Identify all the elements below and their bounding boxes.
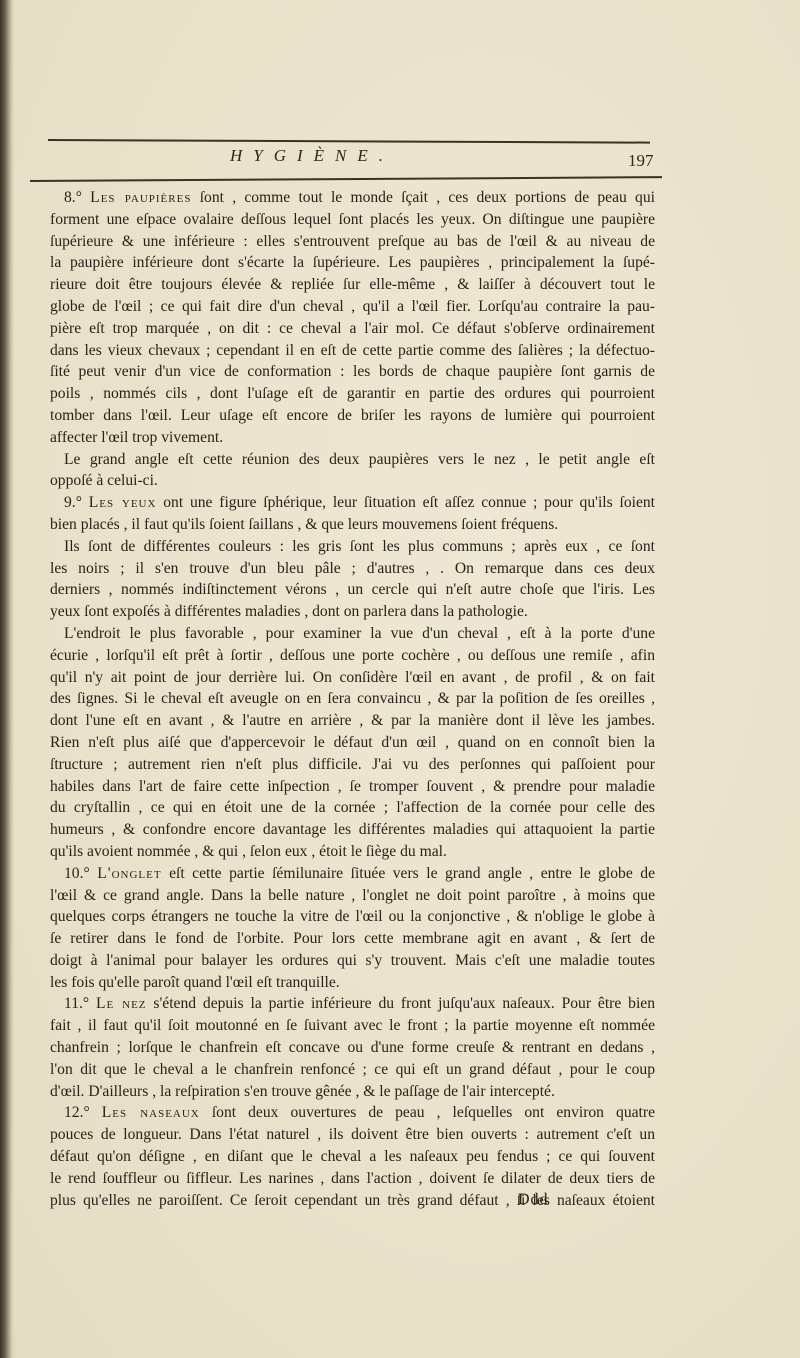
text-line: derniers , nommés indiſtinctement vérons… [50,579,655,601]
text-line: 10.° L'onglet eſt cette partie ſémilunai… [50,863,655,885]
book-page: HYGIÈNE. 197 8.° Les paupières ſont , co… [0,0,800,1358]
line-text: Ils ſont de différentes couleurs : les g… [64,538,655,555]
text-line: yeux ſont expoſés à différentes maladies… [50,601,655,623]
text-line: chanfrein ; lorſque le chanfrein eſt con… [50,1037,655,1059]
text-line: ſe retirer dans le fond de l'orbite. Pou… [50,928,655,950]
running-head-title: HYGIÈNE. [230,146,394,166]
line-text: d'œil. D'ailleurs , la reſpiration s'en … [50,1083,555,1100]
text-line: les fois qu'elle paroît quand l'œil eſt … [50,972,655,994]
text-line: d'œil. D'ailleurs , la reſpiration s'en … [50,1081,655,1103]
section-heading: L'onglet [97,865,161,882]
line-text: écurie , lorſqu'il eſt prêt à ſortir , d… [50,647,655,664]
header-rule-bottom [30,176,662,182]
line-text: plus qu'elles ne paroiſſent. Ce ſeroit c… [50,1192,655,1209]
text-line: plus qu'elles ne paroiſſent. Ce ſeroit c… [50,1190,655,1212]
text-line: pière eſt trop marquée , on dit : ce che… [50,318,655,340]
section-number: 9.° [64,494,89,511]
line-text: tomber dans l'œil. Leur uſage eſt encore… [50,407,655,424]
line-text: oppoſé à celui-ci. [50,472,158,489]
text-line: forment une eſpace ovalaire deſſous lequ… [50,209,655,231]
text-line: pouces de longueur. Dans l'état naturel … [50,1124,655,1146]
line-text: doigt à l'animal pour balayer les ordure… [50,952,655,969]
text-line: L'endroit le plus favorable , pour exami… [50,623,655,645]
line-text: dont l'une eſt en avant , & l'autre en a… [50,712,655,729]
line-text: quelques corps étrangers ne touche la vi… [50,908,655,925]
text-line: les noirs ; il s'en trouve d'un bleu pâl… [50,558,655,580]
text-line: poils , nommés cils , dont l'uſage eſt d… [50,383,655,405]
text-line: Le grand angle eſt cette réunion des deu… [50,449,655,471]
body-text: 8.° Les paupières ſont , comme tout le m… [50,187,655,1211]
text-line: globe de l'œil ; ce qui fait dire d'un c… [50,296,655,318]
line-text: pouces de longueur. Dans l'état naturel … [50,1126,655,1143]
text-line: qu'ils avoient nommée , & qui , ſelon eu… [50,841,655,863]
text-line: des ſignes. Si le cheval eſt aveugle on … [50,688,655,710]
line-text: poils , nommés cils , dont l'uſage eſt d… [50,385,655,402]
line-text: ſont , comme tout le monde ſçait , ces d… [191,189,655,206]
text-line: 9.° Les yeux ont une figure ſphérique, l… [50,492,655,514]
line-text: eſt cette partie ſémilunaire ſituée vers… [162,865,655,882]
line-text: s'étend depuis la partie inférieure du f… [147,995,655,1012]
line-text: Rien n'eſt plus aiſé que d'appercevoir l… [50,734,655,751]
header-rule-top [48,139,650,144]
text-line: bien placés , il faut qu'ils ſoient ſail… [50,514,655,536]
line-text: pière eſt trop marquée , on dit : ce che… [50,320,655,337]
line-text: dans les vieux chevaux ; cependant il en… [50,342,655,359]
text-line: l'on dit que le cheval a le chanfrein re… [50,1059,655,1081]
line-text: le rend ſouffleur ou ſiffleur. Les narin… [50,1170,655,1187]
section-number: 8.° [64,189,90,206]
signature-mark: Ddd [518,1191,549,1209]
text-line: doigt à l'animal pour balayer les ordure… [50,950,655,972]
section-number: 12.° [64,1104,102,1121]
line-text: des ſignes. Si le cheval eſt aveugle on … [50,690,655,707]
text-line: écurie , lorſqu'il eſt prêt à ſortir , d… [50,645,655,667]
line-text: yeux ſont expoſés à différentes maladies… [50,603,528,620]
text-line: humeurs , & confondre encore davantage l… [50,819,655,841]
text-line: 12.° Les naseaux ſont deux ouvertures de… [50,1102,655,1124]
text-line: l'œil & ce grand angle. Dans la belle na… [50,885,655,907]
text-line: tomber dans l'œil. Leur uſage eſt encore… [50,405,655,427]
line-text: ont une figure ſphérique, leur ſituation… [156,494,655,511]
text-line: dont l'une eſt en avant , & l'autre en a… [50,710,655,732]
text-line: la paupière inférieure dont s'écarte la … [50,252,655,274]
section-heading: Le nez [96,995,147,1012]
line-text: l'œil & ce grand angle. Dans la belle na… [50,887,655,904]
line-text: humeurs , & confondre encore davantage l… [50,821,655,838]
line-text: ſtructure ; autrement rien n'eſt plus di… [50,756,655,773]
line-text: globe de l'œil ; ce qui fait dire d'un c… [50,298,655,315]
line-text: ſupérieure & une inférieure : elles s'en… [50,233,655,250]
text-line: dans les vieux chevaux ; cependant il en… [50,340,655,362]
line-text: défaut qu'on déſigne , en diſant que le … [50,1148,655,1165]
text-line: oppoſé à celui-ci. [50,470,655,492]
line-text: habiles dans l'art de faire cette inſpec… [50,778,655,795]
text-line: ſupérieure & une inférieure : elles s'en… [50,231,655,253]
line-text: derniers , nommés indiſtinctement vérons… [50,581,655,598]
text-line: habiles dans l'art de faire cette inſpec… [50,776,655,798]
line-text: du cryſtallin , ce qui en étoit une de l… [50,799,655,816]
line-text: ſité peut venir d'un vice de conformatio… [50,363,655,380]
line-text: forment une eſpace ovalaire deſſous lequ… [50,211,655,228]
text-line: le rend ſouffleur ou ſiffleur. Les narin… [50,1168,655,1190]
line-text: qu'il n'y ait point de jour derrière lui… [50,669,655,686]
text-line: fait , il faut qu'il ſoit moutonné en ſe… [50,1015,655,1037]
page-number: 197 [628,151,654,171]
line-text: ſe retirer dans le fond de l'orbite. Pou… [50,930,655,947]
line-text: rieure doit être toujours élevée & repli… [50,276,655,293]
section-heading: Les paupières [90,189,191,206]
text-line: qu'il n'y ait point de jour derrière lui… [50,667,655,689]
text-line: affecter l'œil trop vivement. [50,427,655,449]
text-line: défaut qu'on déſigne , en diſant que le … [50,1146,655,1168]
line-text: bien placés , il faut qu'ils ſoient ſail… [50,516,558,533]
text-line: ſtructure ; autrement rien n'eſt plus di… [50,754,655,776]
line-text: les noirs ; il s'en trouve d'un bleu pâl… [50,560,655,577]
text-line: 11.° Le nez s'étend depuis la partie inf… [50,993,655,1015]
line-text: ſont deux ouvertures de peau , leſquelle… [200,1104,655,1121]
text-line: quelques corps étrangers ne touche la vi… [50,906,655,928]
section-number: 11.° [64,995,96,1012]
line-text: fait , il faut qu'il ſoit moutonné en ſe… [50,1017,655,1034]
line-text: l'on dit que le cheval a le chanfrein re… [50,1061,655,1078]
text-line: ſité peut venir d'un vice de conformatio… [50,361,655,383]
line-text: Le grand angle eſt cette réunion des deu… [64,451,655,468]
book-spine-shadow [0,0,14,1358]
section-number: 10.° [64,865,97,882]
line-text: les fois qu'elle paroît quand l'œil eſt … [50,974,340,991]
text-line: du cryſtallin , ce qui en étoit une de l… [50,797,655,819]
line-text: la paupière inférieure dont s'écarte la … [50,254,655,271]
line-text: L'endroit le plus favorable , pour exami… [64,625,655,642]
text-line: Rien n'eſt plus aiſé que d'appercevoir l… [50,732,655,754]
line-text: qu'ils avoient nommée , & qui , ſelon eu… [50,843,447,860]
text-line: Ils ſont de différentes couleurs : les g… [50,536,655,558]
text-line: 8.° Les paupières ſont , comme tout le m… [50,187,655,209]
line-text: chanfrein ; lorſque le chanfrein eſt con… [50,1039,655,1056]
line-text: affecter l'œil trop vivement. [50,429,223,446]
section-heading: Les yeux [89,494,157,511]
text-line: rieure doit être toujours élevée & repli… [50,274,655,296]
section-heading: Les naseaux [102,1104,200,1121]
